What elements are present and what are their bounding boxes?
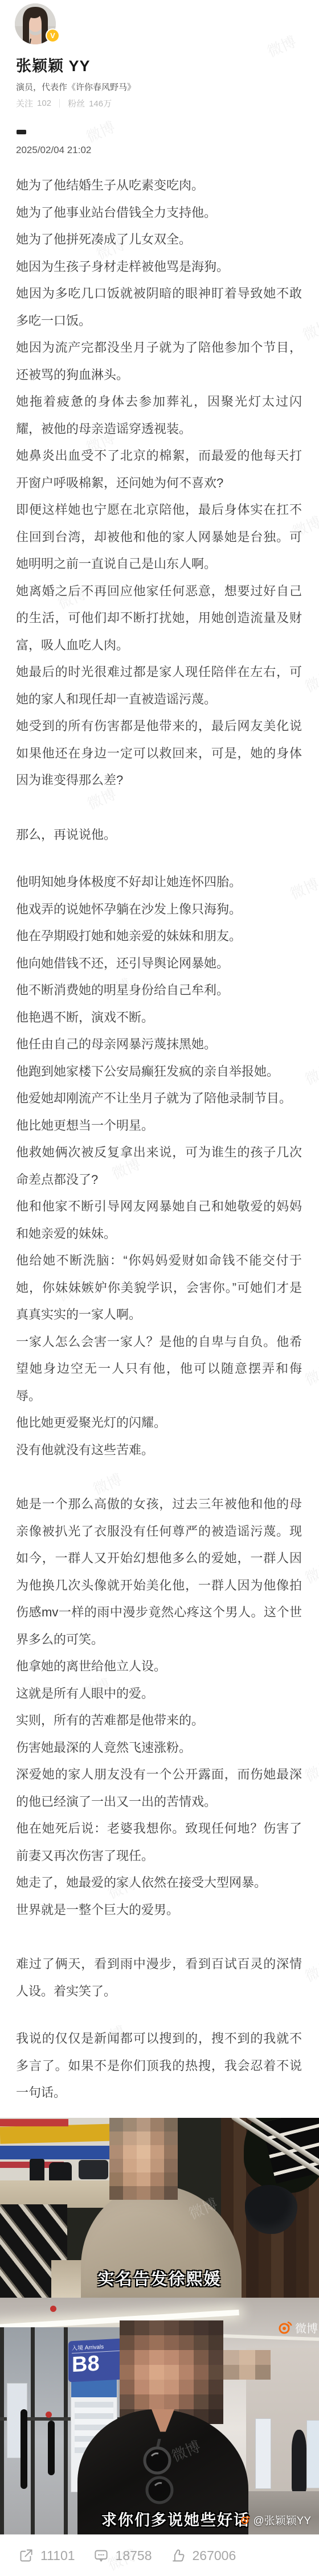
weibo-watermark-text: 微博 bbox=[83, 116, 118, 147]
post-paragraph: 这就是所有人眼中的爱。 bbox=[16, 1680, 302, 1707]
user-name[interactable]: 张颖颖 YY bbox=[16, 54, 319, 76]
post-paragraph: 他救她俩次被反复拿出来说，可为谁生的孩子几次命差点都没了? bbox=[16, 1139, 302, 1193]
following-count: 102 bbox=[37, 98, 51, 108]
post-paragraph: 他艳遇不断，演戏不断。 bbox=[16, 1004, 302, 1031]
weibo-watermark: 微博 bbox=[278, 2319, 318, 2336]
post-paragraph: 她是一个那么高傲的女孩，过去三年被他和他的母亲像被扒光了衣服没有任何尊严的被造谣… bbox=[16, 1491, 302, 1653]
arrivals-sign-code: B8 bbox=[72, 2351, 120, 2376]
post-paragraph: 她走了，她最爱的家人依然在接受大型网暴。 bbox=[16, 1869, 302, 1896]
post-paragraph: 他给她不断洗脑：“你妈妈爱财如命钱不能交付于她，你妹妹嫉妒你美貌学识，会害你。”… bbox=[16, 1247, 302, 1328]
verified-badge-icon: V bbox=[46, 28, 60, 43]
followers-count: 146万 bbox=[89, 97, 112, 109]
video-subtitle: 实名告发徐熙媛 bbox=[0, 2266, 319, 2290]
post-paragraph: 他在孕期殴打她和她亲爱的妹妹和朋友。 bbox=[16, 923, 302, 950]
post-paragraph: 她为了他事业站台借钱全力支持他。 bbox=[16, 199, 302, 227]
post-paragraph: 她因为生孩子身材走样被他骂是海狗。 bbox=[16, 253, 302, 281]
weibo-eye-icon bbox=[278, 2320, 293, 2335]
weibo-watermark-label: 微博 bbox=[295, 2319, 318, 2336]
comment-button[interactable]: 18758 bbox=[93, 2548, 152, 2563]
repost-button[interactable]: 11101 bbox=[18, 2548, 75, 2563]
profile-header: V 张颖颖 YY 演员，代表作《许你春风野马》 关注 102 ｜ 粉丝 146万 bbox=[0, 0, 319, 109]
following-label: 关注 bbox=[16, 97, 33, 109]
weibo-eye-icon bbox=[240, 2515, 251, 2525]
post-paragraph: 他任由自己的母亲网暴污蔑抹黑她。 bbox=[16, 1031, 302, 1058]
post-paragraph: 一家人怎么会害一家人？是他的自卑与自负。他希望她身边空无一人只有他，他可以随意摆… bbox=[16, 1328, 302, 1410]
follow-stats[interactable]: 关注 102 ｜ 粉丝 146万 bbox=[16, 97, 319, 109]
door-handle bbox=[48, 2421, 55, 2475]
photo-airport-video-frame[interactable]: 入境 Arrivals B8 bbox=[0, 2298, 319, 2534]
watermark-username: @张颖颖YY bbox=[253, 2512, 311, 2528]
stats-separator: ｜ bbox=[55, 97, 64, 109]
post-paragraph: 她受到的所有伤害都是他带来的，最后网友美化说如果他还在身边一定可以救回来，可是，… bbox=[16, 713, 302, 794]
post-paragraph: 难过了俩天，看到雨中漫步，看到百试百灵的深情人设。着实笑了。 bbox=[16, 1950, 302, 2005]
comment-count: 18758 bbox=[116, 2548, 152, 2563]
post-paragraph: 他明知她身体极度不好却让她连怀四胎。 bbox=[16, 869, 302, 896]
post-paragraph: 她拖着疲惫的身体去参加葬礼，因聚光灯太过闪耀，被他的母亲造谣穿透视装。 bbox=[16, 388, 302, 442]
wall-poster bbox=[255, 2418, 271, 2489]
post-paragraph: 他拿她的离世给他立人设。 bbox=[16, 1653, 302, 1680]
repost-icon bbox=[18, 2548, 34, 2563]
post-paragraph: 她最后的时光很难过都是家人现任陪伴在左右，可她的家人和现任却一直被造谣污蔑。 bbox=[16, 659, 302, 713]
post-paragraph: 她因为流产完都没坐月子就为了陪他参加个节目，还被骂的狗血淋头。 bbox=[16, 334, 302, 388]
post-paragraph: 没有他就没有这些苦难。 bbox=[16, 1437, 302, 1464]
red-sign bbox=[50, 2306, 56, 2312]
post-paragraph: 她离婚之后不再回应他家任何恶意，想要过好自己的生活，可他们却不断打扰她，用她创造… bbox=[16, 578, 302, 659]
post-paragraph: 即便这样她也宁愿在北京陪他，最后身体实在扛不住回到台湾，却被他和他的家人网暴她是… bbox=[16, 496, 302, 578]
post-paragraph: 世界就是一整个巨大的爱男。 bbox=[16, 1896, 302, 1924]
distant-person bbox=[292, 2430, 306, 2493]
sunglasses-icon bbox=[137, 2439, 180, 2513]
followers-label: 粉丝 bbox=[68, 97, 85, 109]
pixelated-face bbox=[109, 2118, 178, 2200]
post-paragraph: 实则，所有的苦难都是他带来的。 bbox=[16, 1707, 302, 1734]
like-button[interactable]: 267006 bbox=[170, 2548, 236, 2563]
post-paragraph: 他戏弄的说她怀孕躺在沙发上像只海狗。 bbox=[16, 896, 302, 923]
post-paragraph: 我说的仅仅是新闻都可以搜到的，搜不到的我就不多言了。如果不是你们顶我的热搜，我会… bbox=[16, 2025, 302, 2106]
post-paragraph: 他跑到她家楼下公安局癫狂发疯的亲自举报她。 bbox=[16, 1058, 302, 1085]
post-paragraph: 他比她更想当一个明星。 bbox=[16, 1112, 302, 1139]
post-paragraph: 她为了他结婚生子从吃素变吃肉。 bbox=[16, 172, 302, 199]
comment-icon bbox=[93, 2548, 109, 2563]
post-paragraph: 她因为多吃几口饭就被阴暗的眼神盯着导致她不敢多吃一口饭。 bbox=[16, 280, 302, 334]
thumbs-up-icon bbox=[170, 2548, 186, 2563]
wall-poster bbox=[306, 2420, 319, 2488]
post-date: 2025/02/04 21:02 bbox=[16, 145, 319, 156]
post-paragraph: 他在她死后说：老婆我想你。致现任何地？伤害了前妻又再次伤害了现任。 bbox=[16, 1815, 302, 1869]
arrivals-sign: 入境 Arrivals B8 bbox=[68, 2338, 124, 2382]
red-sign bbox=[46, 2412, 52, 2418]
like-count: 267006 bbox=[193, 2548, 236, 2563]
door-handle bbox=[21, 2409, 27, 2489]
post-paragraph: 他不断消费她的明星身份给自己牟利。 bbox=[16, 977, 302, 1004]
black-bag bbox=[245, 2185, 297, 2234]
table-silhouette bbox=[79, 2160, 108, 2179]
post-paragraph: 那么，再说说他。 bbox=[16, 821, 302, 849]
post-paragraph: 他爱她却刚流产不让坐月子就为了陪他录制节目。 bbox=[16, 1085, 302, 1112]
post-paragraph: 他向她借钱不还，还引导舆论网暴她。 bbox=[16, 950, 302, 977]
post-paragraph: 她为了他拼死凑成了儿女双全。 bbox=[16, 226, 302, 253]
weibo-watermark-handle: @张颖颖YY bbox=[240, 2512, 311, 2528]
post-paragraph: 他比她更爱聚光灯的闪耀。 bbox=[16, 1409, 302, 1437]
photo-mall-video-frame[interactable]: 微博 实名告发徐熙媛 bbox=[0, 2118, 319, 2298]
post-body: 她为了他结婚生子从吃素变吃肉。她为了他事业站台借钱全力支持他。她为了他拼死凑成了… bbox=[0, 172, 319, 2106]
user-bio: 演员，代表作《许你春风野马》 bbox=[16, 81, 319, 93]
pixelated-face bbox=[120, 2320, 271, 2424]
weibo-post-page: V 张颖颖 YY 演员，代表作《许你春风野马》 关注 102 ｜ 粉丝 146万… bbox=[0, 0, 319, 2576]
repost-count: 11101 bbox=[40, 2548, 75, 2563]
post-paragraph: 深爱她的家人朋友没有一个公开露面，而伤她最深的他已经演了一出又一出的苦情戏。 bbox=[16, 1761, 302, 1815]
post-paragraph: 伤害她最深的人竟然飞速涨粉。 bbox=[16, 1734, 302, 1762]
post-paragraph: 他和他家不断引导网友网暴她自己和她敬爱的妈妈和她亲爱的妹妹。 bbox=[16, 1193, 302, 1247]
action-bar: 11101 18758 267006 bbox=[0, 2534, 319, 2576]
collapsed-bar bbox=[17, 130, 26, 134]
post-paragraph: 她鼻炎出血受不了北京的棉絮，而最爱的他每天打开窗户呼吸棉絮，还问她为何不喜欢? bbox=[16, 442, 302, 496]
